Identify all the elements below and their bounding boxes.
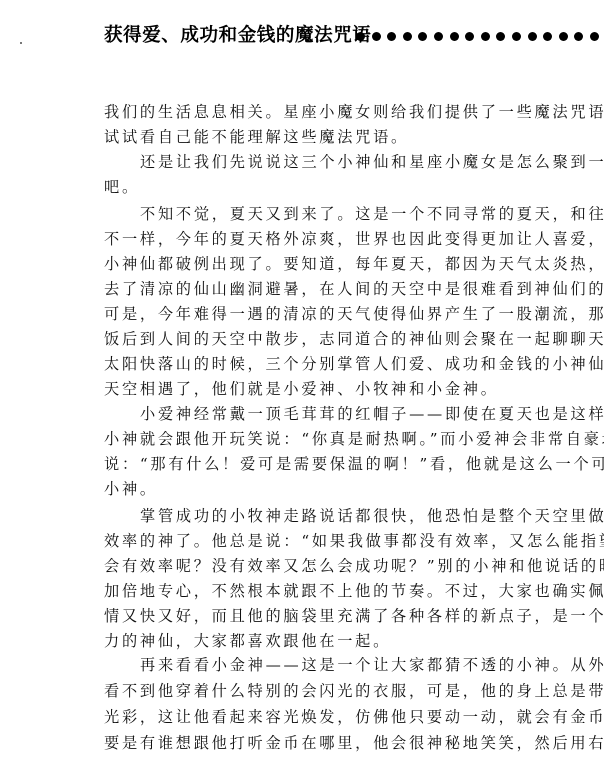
text-line: 可是，今年难得一遇的清凉的天气使得仙界产生了一股潮流，那就是在晚 [104,302,604,327]
leader-dot [481,32,490,41]
decorative-dot-leader [356,32,599,41]
leader-dot [512,32,521,41]
leader-dot [574,32,583,41]
running-header: 获得爱、成功和金钱的魔法咒语 [104,22,604,50]
text-line: 情又快又好，而且他的脑袋里充满了各种各样的新点子，是一个非常有活 [104,604,604,629]
text-line: 还是让我们先说说这三个小神仙和星座小魔女是怎么聚到一起的 [104,150,604,175]
text-line: 力的神仙，大家都喜欢跟他在一起。 [104,629,391,654]
chapter-title: 获得爱、成功和金钱的魔法咒语 [104,22,371,50]
leader-dot [465,32,474,41]
leader-dot [528,32,537,41]
text-line: 会有效率呢？没有效率又怎么会成功呢？”别的小神和他说话的时候都要 [104,554,604,579]
text-line: 饭后到人间的天空中散步，志同道合的神仙则会聚在一起聊聊天。这天， [104,327,604,352]
text-line: 不一样，今年的夏天格外凉爽，世界也因此变得更加让人喜爱，于是，很多 [104,227,604,252]
leader-dot [434,32,443,41]
text-line: 去了清凉的仙山幽洞避暑，在人间的天空中是很难看到神仙们的身影的。 [104,277,604,302]
leader-dot [387,32,396,41]
text-line: 试试看自己能不能理解这些魔法咒语。 [104,125,409,150]
text-line: 不知不觉，夏天又到来了。这是一个不同寻常的夏天，和往年的炎热 [104,202,604,227]
text-line: 天空相遇了，他们就是小爱神、小牧神和小金神。 [104,377,499,402]
leader-dot [559,32,568,41]
leader-dot [403,32,412,41]
text-line: 再来看看小金神——这是一个让大家都猜不透的小神。从外表上，你 [104,653,604,678]
text-line: 掌管成功的小牧神走路说话都很快，他恐怕是整个天空里做事最有 [104,504,604,529]
text-line: 加倍地专心，不然根本就跟不上他的节奏。不过，大家也确实佩服他做事 [104,579,604,604]
text-line: 小神仙都破例出现了。要知道，每年夏天，都因为天气太炎热，神仙们结伴 [104,252,604,277]
text-line: 吧。 [104,175,140,200]
leader-dot [418,32,427,41]
text-line: 看不到他穿着什么特别的会闪光的衣服，可是，他的身上总是带着耀眼的 [104,679,604,704]
leader-dot [496,32,505,41]
text-line: 太阳快落山的时候，三个分别掌管人们爱、成功和金钱的小神仙在西边的 [104,352,604,377]
leader-dot [356,32,365,41]
leader-dot [372,32,381,41]
leader-dot [590,32,599,41]
leader-dot [543,32,552,41]
text-line: 要是有谁想跟他打听金币在哪里，他会很神秘地笑笑，然后用右手的食指 [104,731,604,756]
leader-dot [450,32,459,41]
text-line: 小神。 [104,477,158,502]
scan-speck [20,42,22,44]
text-line: 小神就会跟他开玩笑说：“你真是耐热啊。”而小爱神会非常自豪地回答 [104,427,604,452]
text-line: 说：“那有什么！爱可是需要保温的啊！”看，他就是这么一个可爱而敬业的 [104,452,604,477]
text-line: 我们的生活息息相关。星座小魔女则给我们提供了一些魔法咒语，你可以 [104,100,604,125]
text-line: 光彩，这让他看起来容光焕发，仿佛他只要动一动，就会有金币滚落下来。 [104,705,604,730]
text-line: 效率的神了。他总是说：“如果我做事都没有效率，又怎么能指望人们做事 [104,529,604,554]
text-line: 小爱神经常戴一顶毛茸茸的红帽子——即使在夏天也是这样，其他 [104,402,604,427]
